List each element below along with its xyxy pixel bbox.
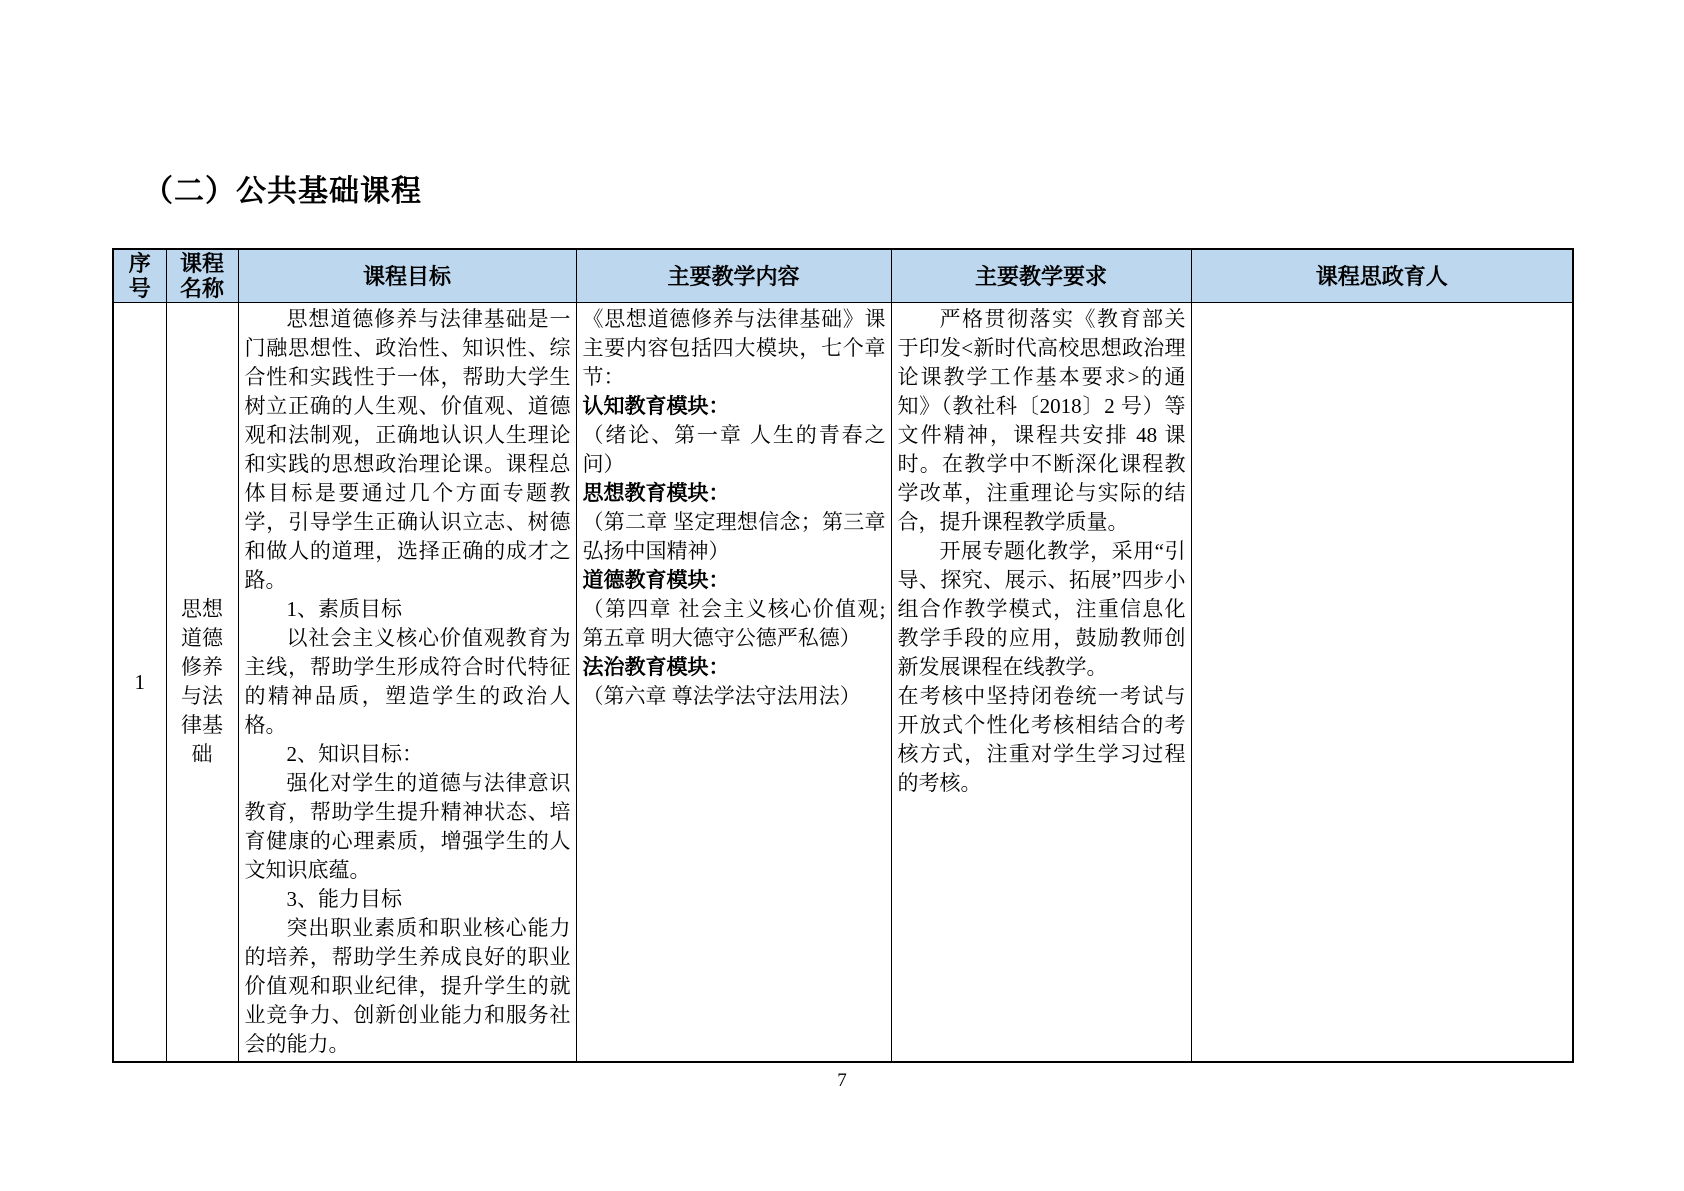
header-objectives: 课程目标 xyxy=(238,249,576,303)
objectives-paragraph: 以社会主义核心价值观教育为主线，帮助学生形成符合时代特征的精神品质，塑造学生的政… xyxy=(245,624,571,740)
requirements-paragraph: 开展专题化教学，采用“引导、探究、展示、拓展”四步小组合作教学模式，注重信息化教… xyxy=(898,537,1186,682)
objectives-paragraph: 3、能力目标 xyxy=(245,885,571,914)
document-page: { "title": "（二）公共基础课程", "page_number": "… xyxy=(0,0,1684,1191)
header-content: 主要教学内容 xyxy=(576,249,891,303)
objectives-paragraph: 2、知识目标： xyxy=(245,740,571,769)
section-title: （二）公共基础课程 xyxy=(143,166,422,210)
cell-teaching-requirements: 严格贯彻落实《教育部关于印发<新时代高校思想政治理论课教学工作基本要求>的通知》… xyxy=(891,303,1191,1063)
header-ideology: 课程思政育人 xyxy=(1191,249,1573,303)
objectives-paragraph: 1、素质目标 xyxy=(245,595,571,624)
course-name-text: 思想道德修养与法律基础 xyxy=(181,597,223,766)
header-index: 序号 xyxy=(113,249,166,303)
header-requirements: 主要教学要求 xyxy=(891,249,1191,303)
content-module-heading: 思想教育模块： xyxy=(583,479,886,508)
table-header-row: 序号 课程名称 课程目标 主要教学内容 主要教学要求 课程思政育人 xyxy=(113,249,1573,303)
objectives-paragraph: 思想道德修养与法律基础是一门融思想性、政治性、知识性、综合性和实践性于一体，帮助… xyxy=(245,305,571,595)
table-row: 1 思想道德修养与法律基础 思想道德修养与法律基础是一门融思想性、政治性、知识性… xyxy=(113,303,1573,1063)
content-paragraph: （绪论、第一章 人生的青春之问） xyxy=(583,421,886,479)
cell-course-name: 思想道德修养与法律基础 xyxy=(166,303,238,1063)
requirements-paragraph: 在考核中坚持闭卷统一考试与开放式个性化考核相结合的考核方式，注重对学生学习过程的… xyxy=(898,682,1186,798)
cell-objectives: 思想道德修养与法律基础是一门融思想性、政治性、知识性、综合性和实践性于一体，帮助… xyxy=(238,303,576,1063)
header-course-name: 课程名称 xyxy=(166,249,238,303)
content-module-heading: 法治教育模块： xyxy=(583,653,886,682)
cell-teaching-content: 《思想道德修养与法律基础》课主要内容包括四大模块，七个章节： 认知教育模块： （… xyxy=(576,303,891,1063)
content-module-heading: 认知教育模块： xyxy=(583,392,886,421)
objectives-paragraph: 突出职业素质和职业核心能力的培养，帮助学生养成良好的职业价值观和职业纪律，提升学… xyxy=(245,914,571,1059)
content-paragraph: （第二章 坚定理想信念；第三章弘扬中国精神） xyxy=(583,508,886,566)
course-table: 序号 课程名称 课程目标 主要教学内容 主要教学要求 课程思政育人 1 思想道德… xyxy=(112,248,1574,1063)
content-paragraph: （第六章 尊法学法守法用法） xyxy=(583,682,886,711)
cell-row-index: 1 xyxy=(113,303,166,1063)
page-number: 7 xyxy=(0,1070,1684,1092)
content-module-heading: 道德教育模块： xyxy=(583,566,886,595)
cell-ideology xyxy=(1191,303,1573,1063)
objectives-paragraph: 强化对学生的道德与法律意识教育，帮助学生提升精神状态、培育健康的心理素质，增强学… xyxy=(245,769,571,885)
content-paragraph: （第四章 社会主义核心价值观;第五章 明大德守公德严私德） xyxy=(583,595,886,653)
content-paragraph: 《思想道德修养与法律基础》课主要内容包括四大模块，七个章节： xyxy=(583,305,886,392)
requirements-paragraph: 严格贯彻落实《教育部关于印发<新时代高校思想政治理论课教学工作基本要求>的通知》… xyxy=(898,305,1186,537)
